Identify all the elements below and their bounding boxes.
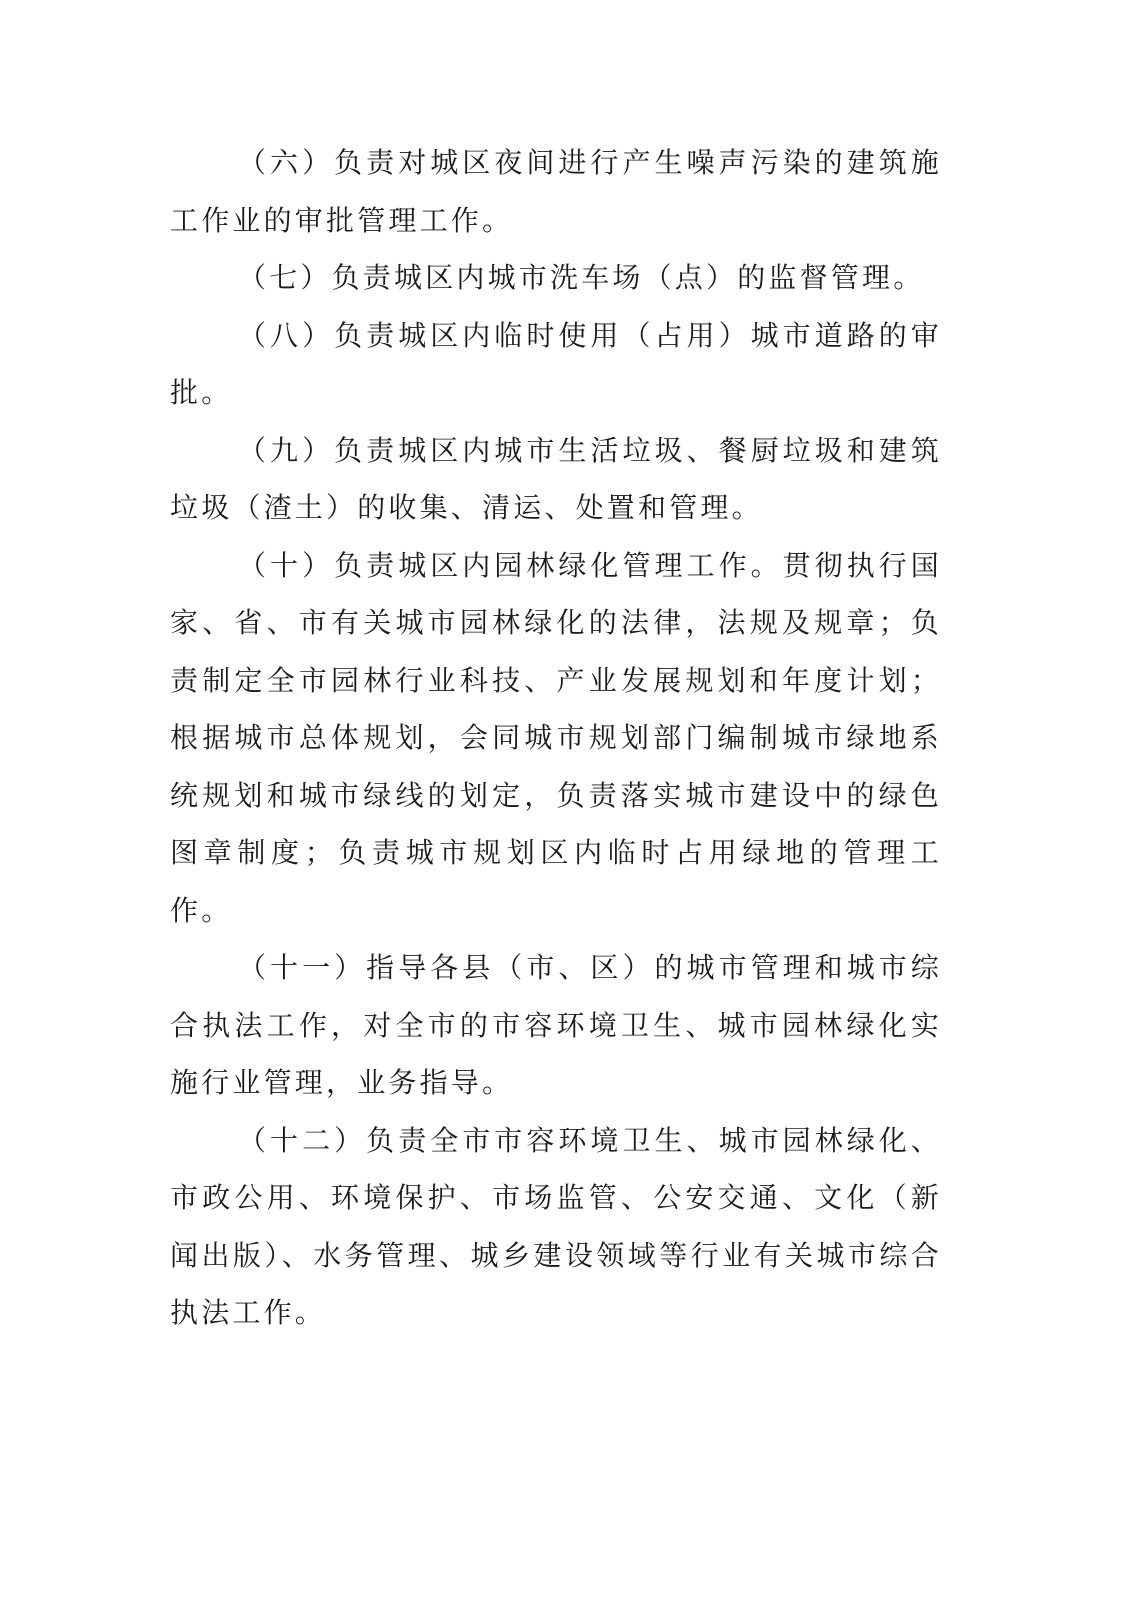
paragraph-item-11: （十一）指导各县（市、区）的城市管理和城市综合执法工作，对全市的市容环境卫生、城… [170,939,942,1112]
paragraph-item-10: （十）负责城区内园林绿化管理工作。贯彻执行国家、省、市有关城市园林绿化的法律，法… [170,537,942,940]
paragraph-item-12: （十二）负责全市市容环境卫生、城市园林绿化、市政公用、环境保护、市场监管、公安交… [170,1112,942,1342]
paragraph-item-9: （九）负责城区内城市生活垃圾、餐厨垃圾和建筑垃圾（渣土）的收集、清运、处置和管理… [170,422,942,537]
paragraph-item-7: （七）负责城区内城市洗车场（点）的监督管理。 [170,249,942,307]
document-page: （六）负责对城区夜间进行产生噪声污染的建筑施工作业的审批管理工作。 （七）负责城… [170,134,942,1342]
paragraph-item-6: （六）负责对城区夜间进行产生噪声污染的建筑施工作业的审批管理工作。 [170,134,942,249]
paragraph-item-8: （八）负责城区内临时使用（占用）城市道路的审批。 [170,307,942,422]
